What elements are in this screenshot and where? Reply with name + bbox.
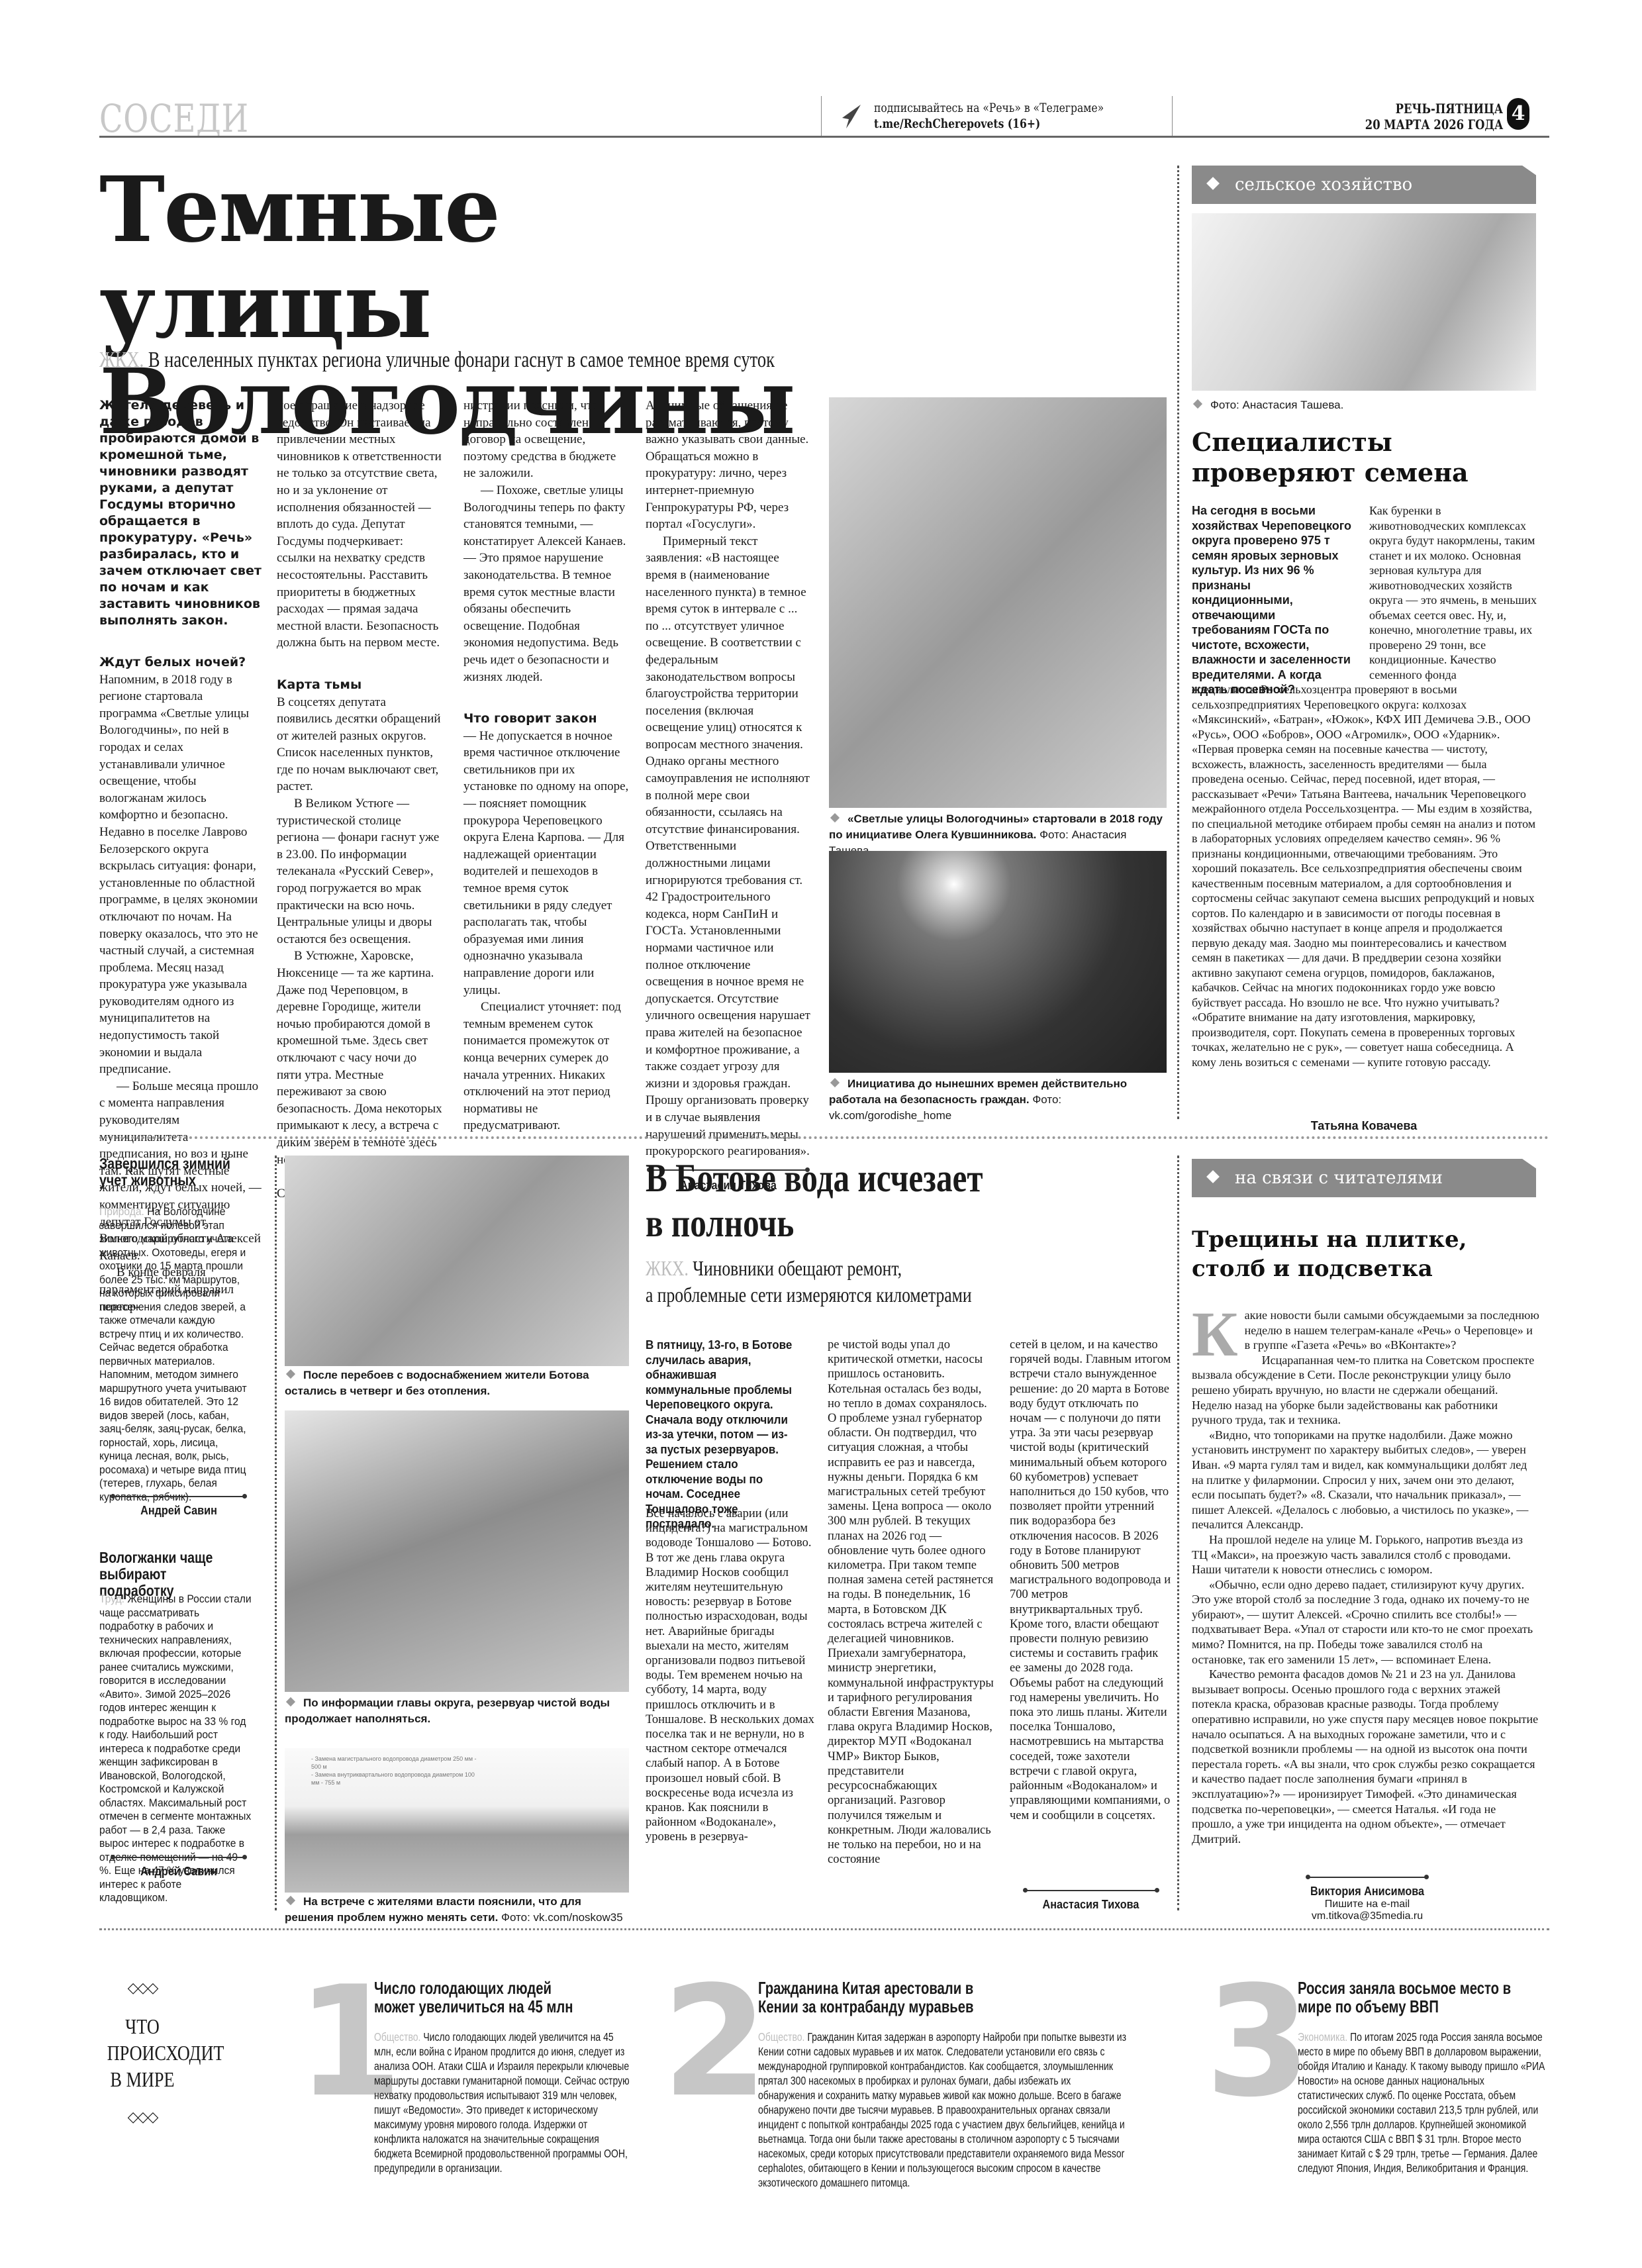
photo-meeting: - Замена магистрального водопровода диам… [285,1748,629,1893]
rubric-kicker: Природа. [99,1205,144,1218]
paragraph: На прошлой неделе на улице М. Горького, … [1192,1532,1539,1577]
world-item-text: Число голодающих людей увеличится на 45 … [374,2030,630,2175]
brief-signature: Андрей Савин [99,1848,258,1879]
diamond-icon [286,1369,295,1379]
diamond-icon [286,1896,295,1905]
subheading: Что говорит закон [463,711,629,728]
diamond-icon [1206,177,1220,190]
photo-caption: Фото: Анастасия Ташева. [1192,397,1536,413]
photo-seeds [1192,213,1536,391]
botovo-headline: В Ботове вода исчезает в полночь [646,1156,983,1246]
main-subheadline: ЖКХ. В населенных пунктах региона уличны… [99,348,775,373]
brief-signature: Андрей Савин [99,1487,258,1518]
ornament-icon: ◇◇◇ [99,1980,185,1997]
header-rule [99,136,1549,138]
photo-caption: Инициатива до нынешних времен действител… [829,1076,1167,1124]
rubric-kicker: ЖКХ. [646,1256,689,1280]
dropcap: К [1192,1308,1238,1361]
article-column-2: ное обращение в надзорное ведомство. Он … [277,397,442,1202]
author-byline: Виктория Анисимова [1293,1885,1442,1898]
subheadline-text: а проблемные сети измеряются километрами [646,1281,972,1308]
diamond-icon [1193,399,1202,409]
signature-rule [113,1857,245,1858]
paragraph: Специалист уточняет: под темным временем… [463,999,629,1134]
paragraph: ное обращение в надзорное ведомство. Он … [277,397,442,652]
readers-headline: Трещины на плитке, столб и подсветка [1192,1225,1467,1283]
telegram-promo: подписывайтесь на «Речь» в «Телеграме» [874,101,1104,115]
slide-line: - Замена внутриквартального водопровода … [311,1771,477,1787]
diamond-icon [286,1697,295,1706]
botovo-column-1: Все началось с аварии (или инцидента?) н… [646,1506,814,1845]
signature-rule [113,1496,245,1497]
agri-lead: На сегодня в восьми хозяйствах Череповец… [1192,503,1354,697]
paragraph: В Великом Устюге — туристической столице… [277,795,442,948]
section-separator [99,1928,1549,1930]
rubric-kicker: Труд. [99,1593,124,1605]
header-divider [821,96,822,136]
caption-text: По информации главы округа, резервуар чи… [285,1697,610,1725]
paragraph: нистрации пояснили, что неправильно сост… [463,397,629,482]
subheadline-text: В населенных пунктах региона уличные фон… [148,348,775,372]
caption-text: После перебоев с водоснабжением жители Б… [285,1369,589,1397]
photo-caption: После перебоев с водоснабжением жители Б… [285,1367,629,1399]
paragraph: — Не допускается в ночное время частично… [463,728,629,999]
rubric-tag: сельское хозяйство [1192,166,1536,204]
telegram-link[interactable]: t.me/RechCherepovets (16+) [874,117,1040,131]
issue-date: 20 МАРТА 2026 ГОДА [1365,117,1503,132]
botovo-signature: Анастасия Тихова [1010,1881,1172,1912]
photo-lamp-repair [829,397,1167,808]
signature-rule [1025,1890,1157,1891]
brief-title: Завершился зимний учет животных [99,1156,237,1189]
rubric-label: сельское хозяйство [1235,175,1412,195]
column-divider [1177,1156,1179,1910]
item-number: 3 [1205,1977,1311,2109]
photo-night-street [829,851,1167,1073]
heading-line: ПРОИСХОДИТ [107,2040,178,2066]
world-item-text: По итогам 2025 года Россия заняла восьмо… [1298,2030,1545,2175]
diamond-icon [1206,1170,1220,1183]
headline-line: Трещины на плитке, [1192,1225,1467,1254]
heading-line: ЧТО [107,2013,178,2040]
world-item-text: Гражданин Китая задержан в аэропорту Най… [758,2030,1126,2189]
photo-credit: Фото: vk.com/noskow35 [501,1911,623,1924]
paragraph: В Устюжне, Харовске, Нюксенице — та же к… [277,948,442,1168]
botovo-lead: В пятницу, 13-го, в Ботове случилась ава… [646,1338,798,1532]
item-number: 2 [662,1977,768,2109]
brief-title: Вологжанки чаще выбирают подработку [99,1550,237,1599]
subheading: Ждут белых ночей? [99,654,262,671]
section-separator [99,1136,1549,1139]
author-byline: Андрей Савин [107,1504,250,1518]
paragraph: акие новости были самыми обсуждаемыми за… [1192,1308,1539,1353]
photo-caption: По информации главы округа, резервуар чи… [285,1695,629,1727]
slide-text: - Замена магистрального водопровода диам… [311,1755,477,1787]
paragraph: «Видно, что топориками на прутке надолби… [1192,1428,1539,1532]
paragraph: Напомним, в 2018 году в регионе стартова… [99,671,262,1078]
paragraph: Примерный текст заявления: «В настоящее … [646,533,811,1160]
headline-line: столб и подсветка [1192,1254,1467,1283]
agri-headline: Специалисты проверяют семена [1192,427,1469,488]
readers-body: К акие новости были самыми обсуждаемыми … [1192,1308,1539,1846]
author-byline: Анастасия Тихова [1018,1898,1164,1912]
world-heading-text: ЧТО ПРОИСХОДИТ В МИРЕ [107,2013,178,2093]
rubric-kicker: Экономика. [1298,2030,1347,2044]
page-number-badge: 4 [1507,98,1529,130]
email-link[interactable]: vm.titkova@35media.ru [1284,1910,1450,1922]
paragraph: — Похоже, светлые улицы Вологодчины тепе… [463,482,629,685]
rubric-tag: на связи с читателями [1192,1159,1536,1197]
photo-pump-station [285,1410,629,1692]
botovo-column-3: сетей в целом, и на качество горячей вод… [1010,1338,1172,1823]
diamond-icon [830,1078,840,1087]
world-item-body: Общество. Число голодающих людей увеличи… [374,2030,634,2175]
agri-right-column: Как буренки в животноводческих комплекса… [1369,503,1538,682]
paragraph: «Обычно, если одно дерево падает, стилиз… [1192,1577,1539,1667]
author-byline: Андрей Савин [107,1865,250,1879]
signature-rule [1308,1877,1427,1878]
photo-credit: Фото: Анастасия Ташева. [1210,399,1343,411]
slide-line: - Замена магистрального водопровода диам… [311,1755,477,1771]
paragraph: В соцсетях депутата появились десятки об… [277,694,442,796]
botovo-column-2: ре чистой воды упал до критической отмет… [828,1338,996,1867]
section-name: СОСЕДИ [99,96,249,141]
publication-name: РЕЧЬ-ПЯТНИЦА [1395,101,1503,117]
agri-body: специалисты Россельхозцентра проверяют в… [1192,682,1536,1069]
article-column-3: нистрации пояснили, что неправильно сост… [463,397,629,1244]
subheadline-text: Чиновники обещают ремонт, [693,1256,902,1280]
subheading: Карта тьмы [277,677,442,694]
photo-excavation [285,1156,629,1366]
rubric-kicker: Общество. [758,2030,804,2044]
header-divider [1172,96,1173,136]
headline-line: в полночь [646,1201,983,1246]
caption-text: Инициатива до нынешних времен действител… [829,1077,1127,1106]
paragraph: Анонимные обращения не рассматриваются, … [646,397,811,533]
rubric-kicker: Общество. [374,2030,420,2044]
rubric-label: на связи с читателями [1235,1168,1443,1188]
brief-body: Природа. На Вологодчине завершился полев… [99,1205,252,1504]
article-column-4: Анонимные обращения не рассматриваются, … [646,397,811,1194]
ornament-icon: ◇◇◇ [99,2109,185,2126]
headline-line: Специалисты [1192,427,1469,458]
world-item-title: Россия заняла восьмое место в мире по об… [1298,1979,1515,2016]
contact-label: Пишите на e-mail [1284,1898,1450,1910]
article-lead: Жители деревень и даже городов пробирают… [99,397,262,629]
headline-line: Темные улицы [99,162,813,354]
paragraph: Исцарапанная чем-то плитка на Советском … [1192,1353,1539,1428]
readers-signature: Виктория Анисимова Пишите на e-mail vm.t… [1284,1867,1450,1922]
world-item-title: Число голодающих людей может увеличиться… [374,1979,591,2016]
photo-caption: На встрече с жителями власти пояснили, ч… [285,1894,629,1926]
headline-line: проверяют семена [1192,458,1469,488]
brief-text: На Вологодчине завершился полевой этап з… [99,1205,247,1503]
world-heading: ◇◇◇ ЧТО ПРОИСХОДИТ В МИРЕ ◇◇◇ [99,1980,185,2126]
telegram-icon [842,105,862,128]
heading-line: В МИРЕ [107,2066,178,2093]
column-divider [275,1156,277,1910]
rubric-kicker: ЖКХ. [99,348,144,372]
author-byline: Татьяна Ковачева [1192,1119,1536,1133]
world-item-body: Общество. Гражданин Китая задержан в аэр… [758,2030,1129,2190]
world-item-body: Экономика. По итогам 2025 года Россия за… [1298,2030,1547,2175]
column-divider [1177,166,1179,1119]
world-item-title: Гражданина Китая арестовали в Кении за к… [758,1979,1016,2016]
headline-line: В Ботове вода исчезает [646,1156,983,1201]
diamond-icon [830,813,840,822]
paragraph: Качество ремонта фасадов домов № 21 и 23… [1192,1667,1539,1846]
botovo-subheadline: ЖКХ. Чиновники обещают ремонт, а проблем… [646,1255,972,1308]
